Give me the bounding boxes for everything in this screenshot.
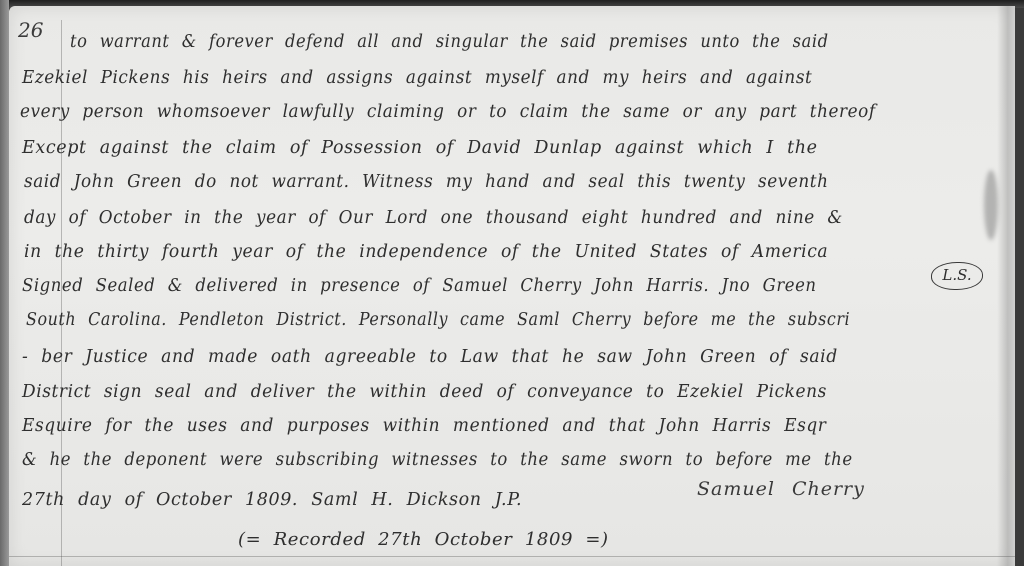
recorded-note: (= Recorded 27th October 1809 =) <box>238 529 609 550</box>
text-line: in the thirty fourth year of the indepen… <box>24 242 828 262</box>
text-line: 27th day of October 1809. Saml H. Dickso… <box>22 490 522 510</box>
text-line: every person whomsoever lawfully claimin… <box>20 102 876 122</box>
text-line: District sign seal and deliver the withi… <box>22 382 827 402</box>
text-line: Esquire for the uses and purposes within… <box>22 416 827 436</box>
deponent-signature: Samuel Cherry <box>697 478 865 500</box>
text-line: day of October in the year of Our Lord o… <box>24 208 843 228</box>
ink-stain <box>984 170 998 240</box>
text-line: said John Green do not warrant. Witness … <box>24 172 828 192</box>
text-line: Ezekiel Pickens his heirs and assigns ag… <box>22 68 812 88</box>
scan-left-edge <box>0 0 9 566</box>
bottom-rule <box>9 556 1015 557</box>
page-number: 26 <box>18 18 43 42</box>
text-line: - ber Justice and made oath agreeable to… <box>22 347 838 367</box>
scanned-document: 26 to warrant & forever defend all and s… <box>0 0 1024 566</box>
seal-mark: L.S. <box>931 262 983 290</box>
text-line: & he the deponent were subscribing witne… <box>22 450 853 470</box>
text-line: Except against the claim of Possession o… <box>22 138 818 158</box>
text-line: Signed Sealed & delivered in presence of… <box>22 276 817 296</box>
text-line: South Carolina. Pendleton District. Pers… <box>26 310 850 330</box>
text-line: to warrant & forever defend all and sing… <box>70 32 829 52</box>
page-right-shadow <box>997 6 1015 566</box>
